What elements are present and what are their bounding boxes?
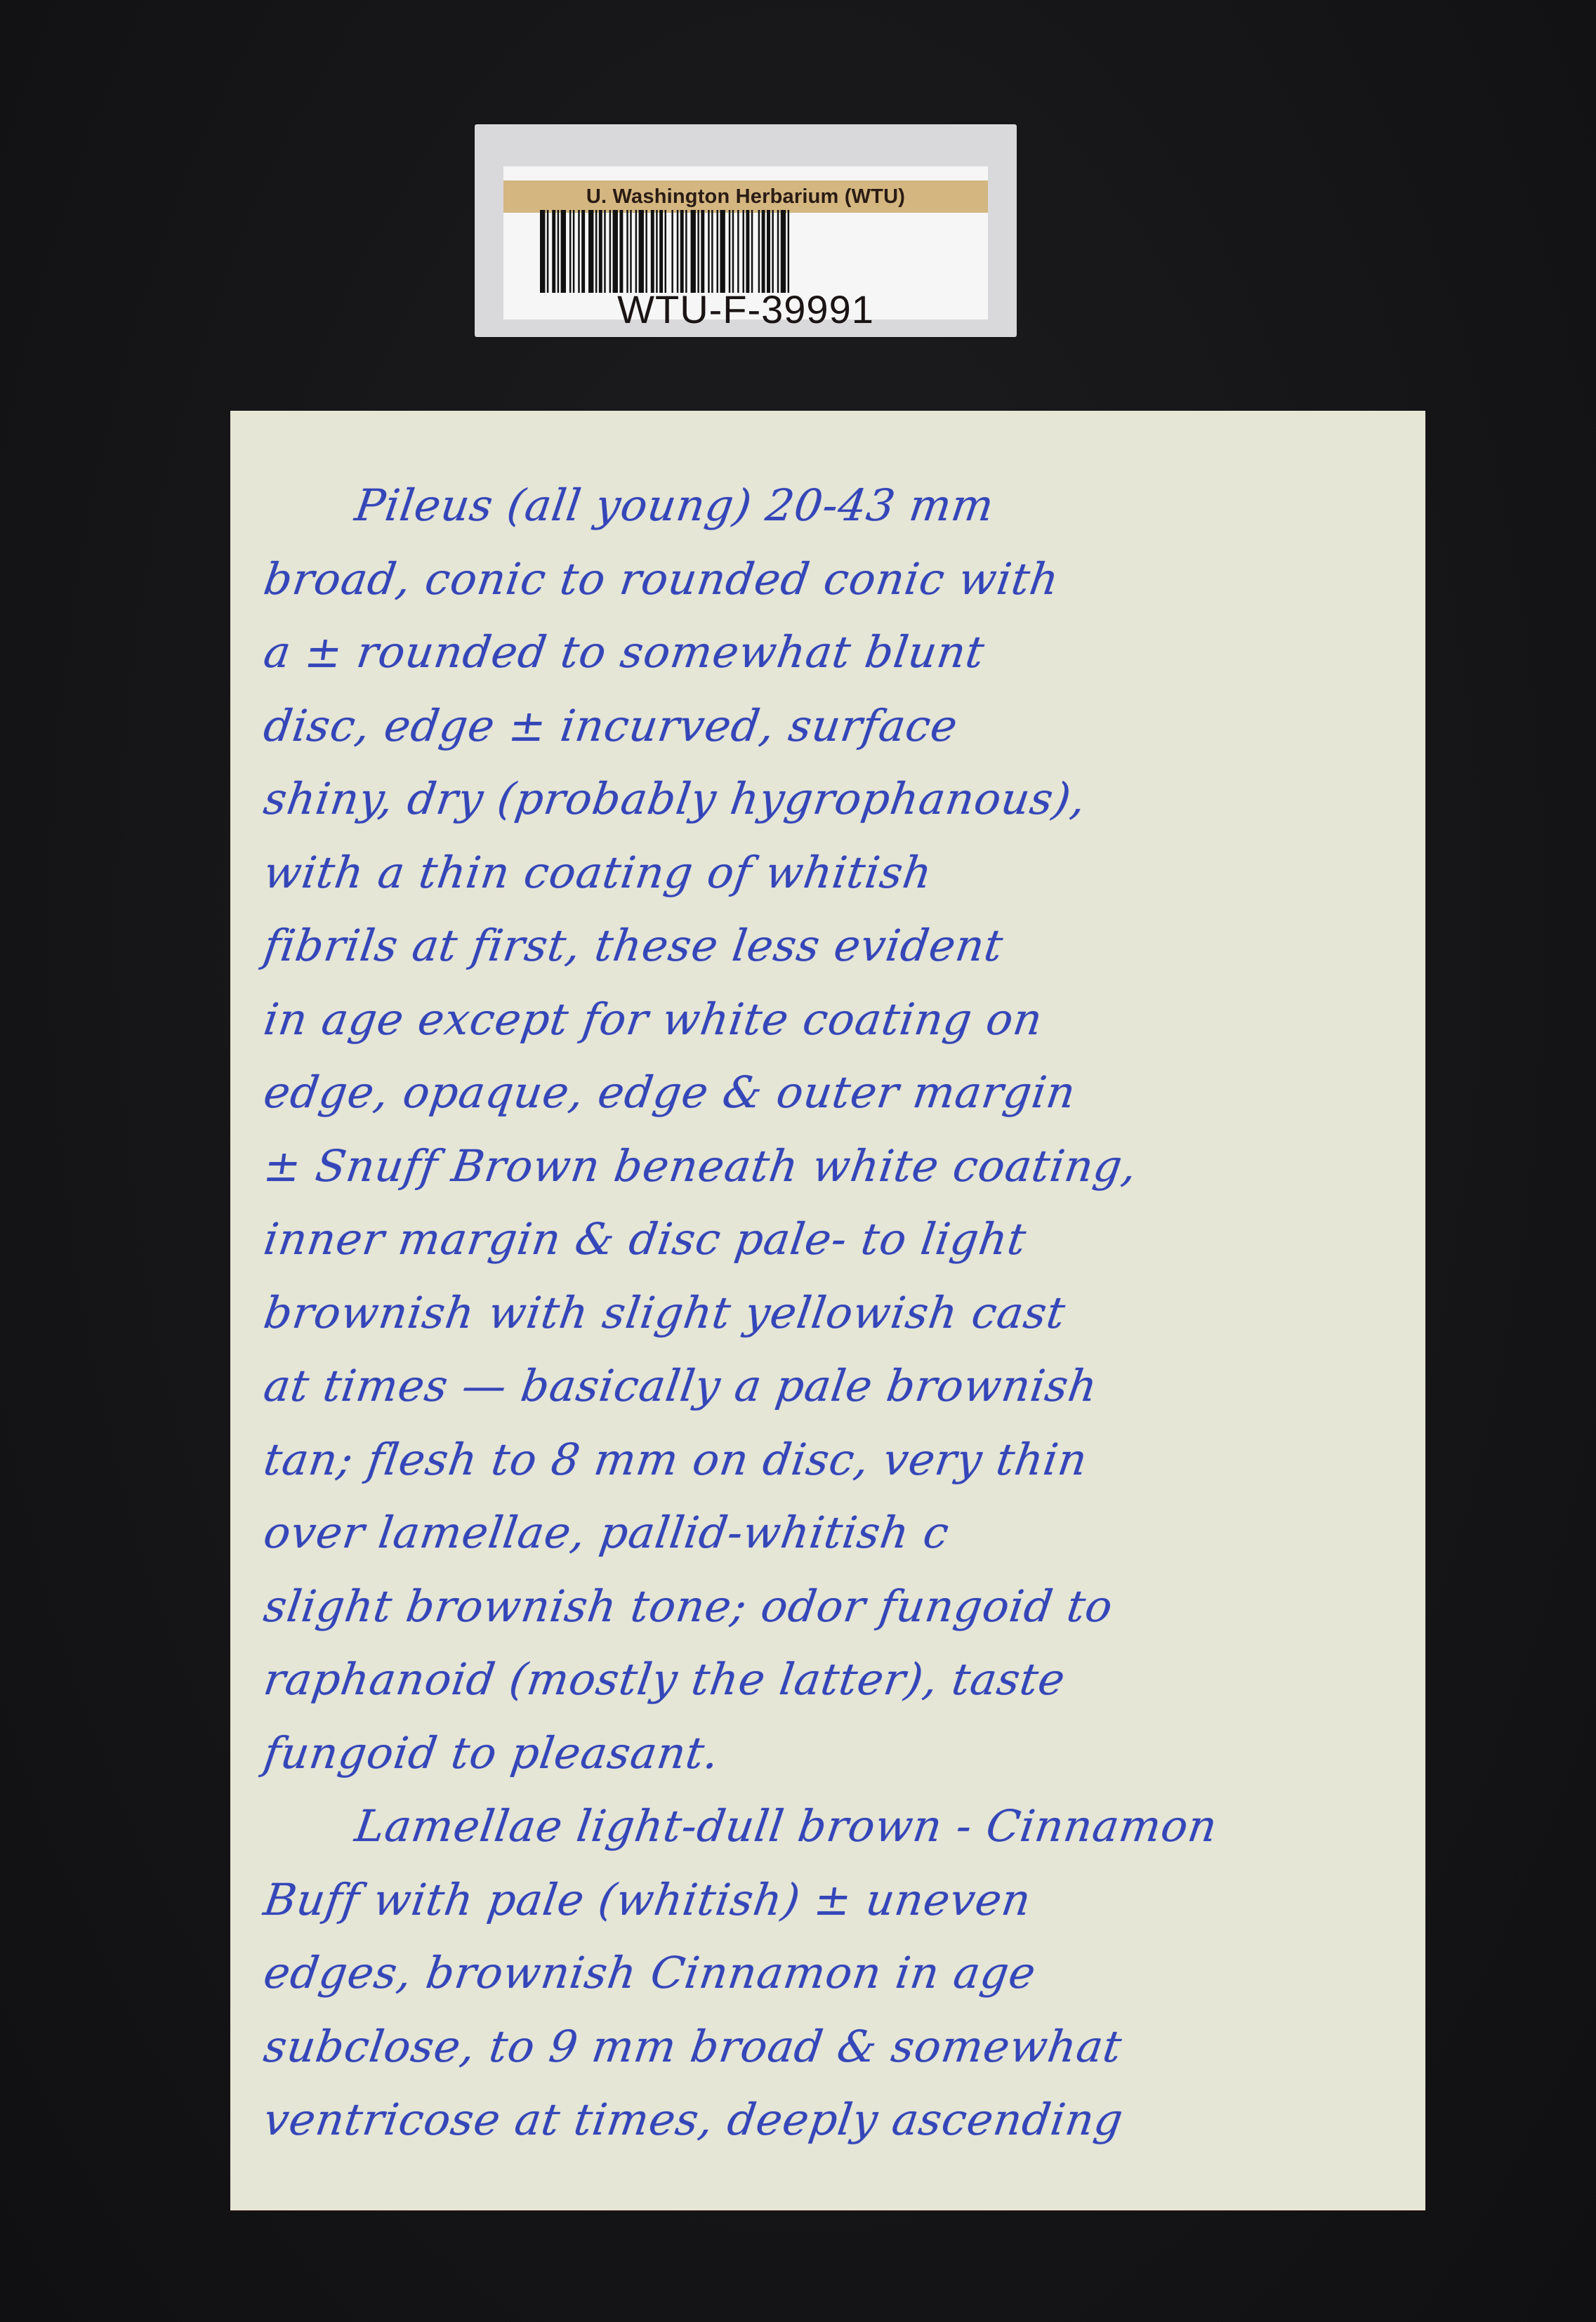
- catalog-number: WTU-F-39991: [503, 290, 988, 329]
- note-line: at times — basically a pale brownish: [258, 1354, 1420, 1428]
- handwritten-note-card: Pileus (all young) 20-43 mmbroad, conic …: [230, 411, 1425, 2210]
- note-line: a ± rounded to somewhat blunt: [258, 621, 1420, 694]
- note-line: slight brownish tone; odor fungoid to: [258, 1575, 1420, 1649]
- institution-name: U. Washington Herbarium (WTU): [586, 185, 905, 209]
- note-line: raphanoid (mostly the latter), taste: [258, 1648, 1420, 1722]
- note-line: broad, conic to rounded conic with: [258, 548, 1420, 621]
- barcode-label-backing: U. Washington Herbarium (WTU) WTU-F-3999…: [475, 124, 1017, 337]
- note-line: tan; flesh to 8 mm on disc, very thin: [258, 1428, 1420, 1502]
- note-line: Buff with pale (whitish) ± uneven: [258, 1868, 1420, 1942]
- note-line: ventricose at times, deeply ascending: [258, 2088, 1420, 2162]
- note-line: edge, opaque, edge & outer margin: [258, 1061, 1420, 1135]
- note-line: in age except for white coating on: [258, 988, 1420, 1062]
- note-line: shiny, dry (probably hygrophanous),: [258, 767, 1420, 841]
- note-line: edges, brownish Cinnamon in age: [258, 1941, 1420, 2015]
- barcode-icon: [540, 210, 793, 293]
- note-line: fungoid to pleasant.: [258, 1722, 1420, 1795]
- note-line: Pileus (all young) 20-43 mm: [258, 474, 1420, 548]
- note-line: subclose, to 9 mm broad & somewhat: [258, 2015, 1420, 2089]
- note-line: brownish with slight yellowish cast: [258, 1281, 1420, 1355]
- field-notes: Pileus (all young) 20-43 mmbroad, conic …: [258, 474, 1410, 2162]
- note-line: ± Snuff Brown beneath white coating,: [258, 1135, 1420, 1208]
- note-line: with a thin coating of whitish: [258, 841, 1420, 915]
- barcode-label: U. Washington Herbarium (WTU) WTU-F-3999…: [503, 166, 988, 319]
- note-line: inner margin & disc pale- to light: [258, 1208, 1420, 1281]
- note-line: over lamellae, pallid-whitish c: [258, 1501, 1420, 1575]
- institution-band: U. Washington Herbarium (WTU): [503, 180, 988, 213]
- barcode: [540, 210, 793, 293]
- note-line: disc, edge ± incurved, surface: [258, 694, 1420, 768]
- note-line: Lamellae light-dull brown - Cinnamon: [258, 1795, 1420, 1868]
- note-line: fibrils at first, these less evident: [258, 914, 1420, 988]
